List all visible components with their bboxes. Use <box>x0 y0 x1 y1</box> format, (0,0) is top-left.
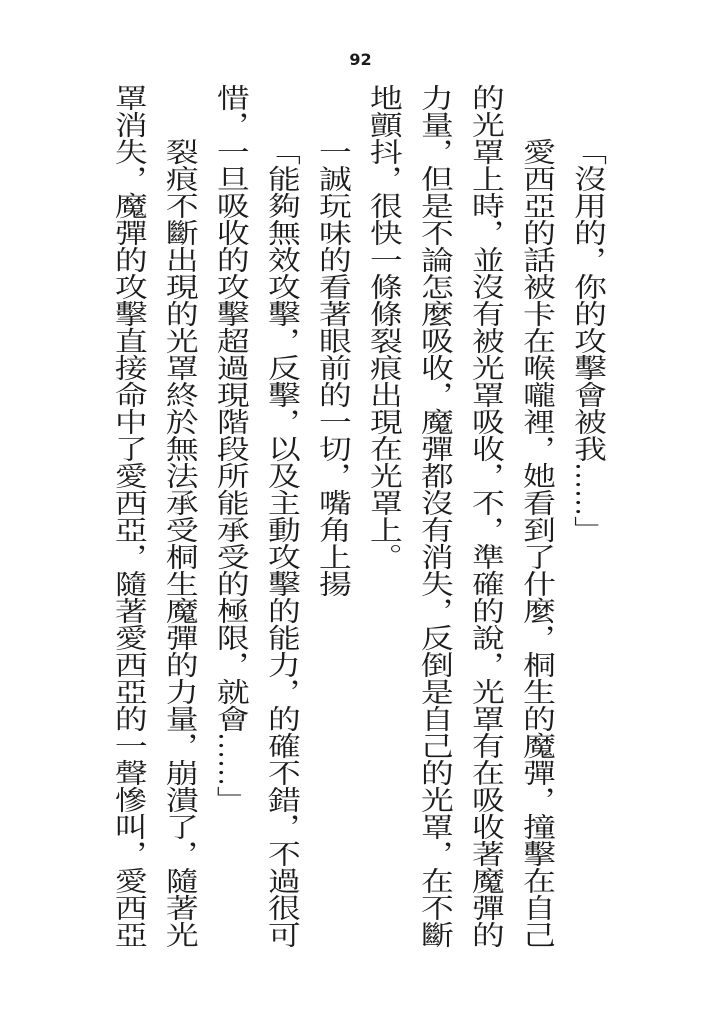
paragraph: 一誠玩味的看著眼前的一切，嘴角上揚 <box>307 84 358 948</box>
book-page: 92 「沒用的，你的攻擊會被我……」 愛西亞的話被卡在喉嚨裡，她看到了什麼，桐生… <box>0 0 721 1020</box>
paragraph: 「能夠無效攻擊，反擊，以及主動攻擊的能力，的確不錯，不過很可惜，一旦吸收的攻擊超… <box>205 84 307 948</box>
paragraph: 裂痕不斷出現的光罩終於無法承受桐生魔彈的力量，崩潰了，隨著光罩消失，魔彈的攻擊直… <box>103 84 205 948</box>
page-number: 92 <box>0 50 721 69</box>
paragraph: 愛西亞的話被卡在喉嚨裡，她看到了什麼，桐生的魔彈，撞擊在自己的光罩上時，並沒有被… <box>358 84 562 948</box>
paragraph: 「沒用的，你的攻擊會被我……」 <box>562 84 613 948</box>
body-text: 「沒用的，你的攻擊會被我……」 愛西亞的話被卡在喉嚨裡，她看到了什麼，桐生的魔彈… <box>103 84 613 948</box>
